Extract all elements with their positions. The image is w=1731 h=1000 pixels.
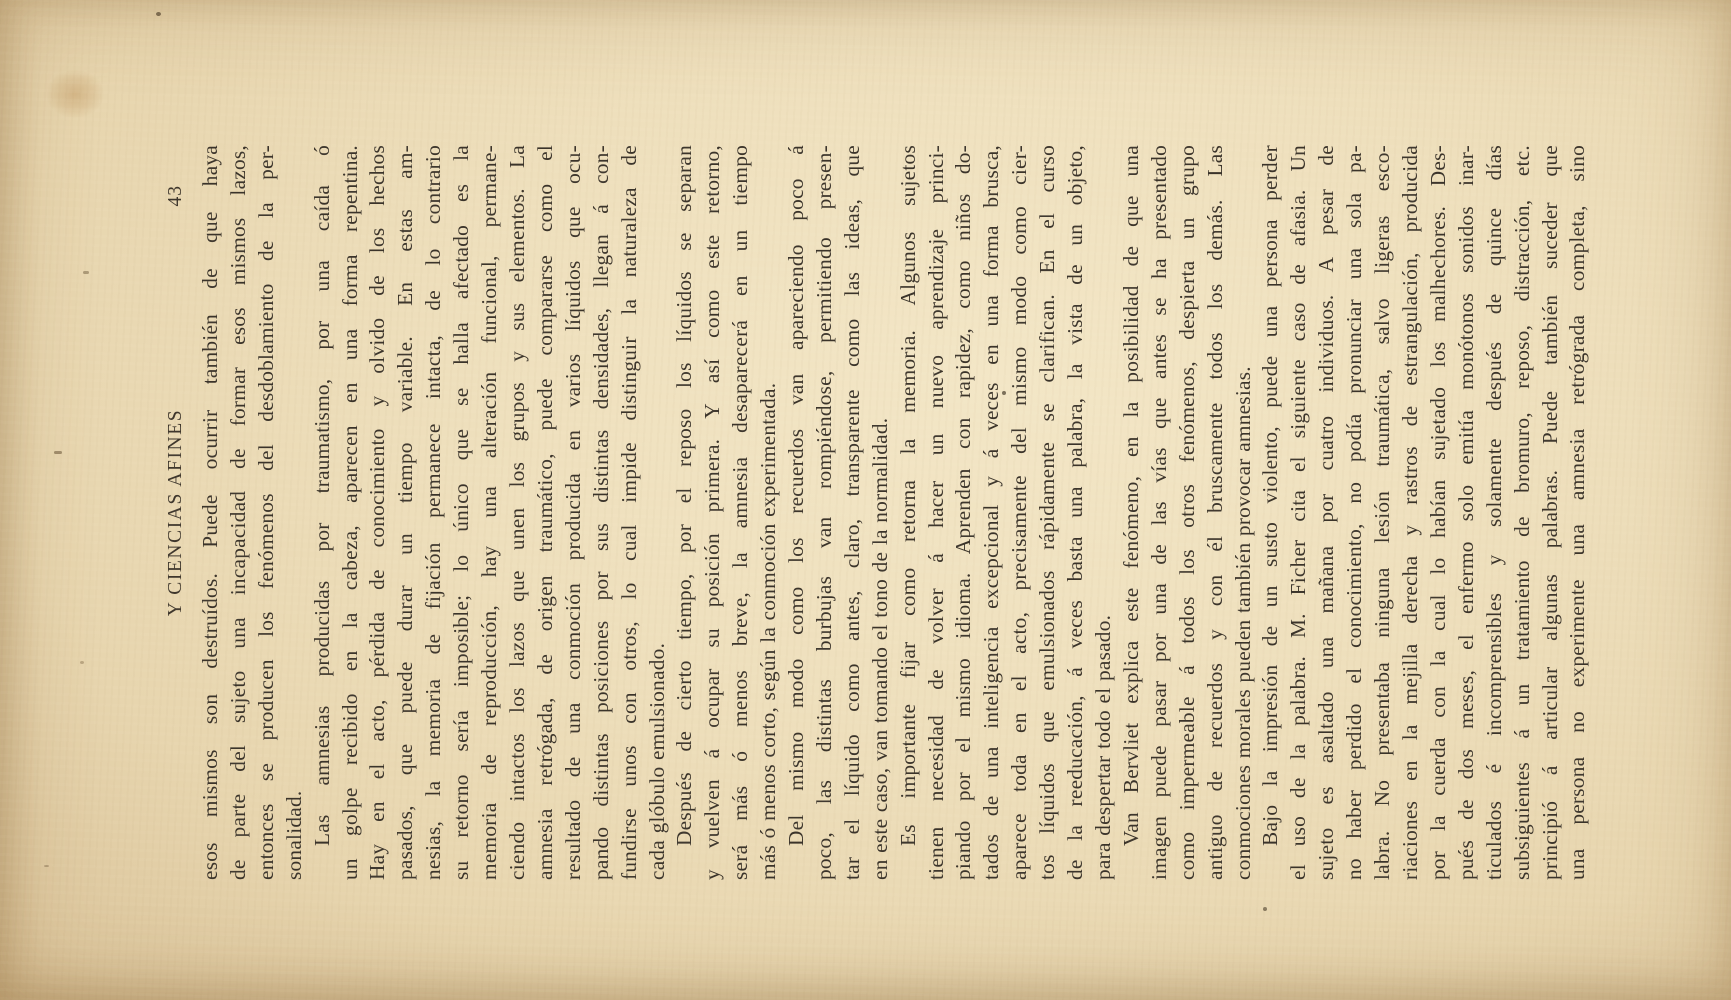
text-line: de la reeducación, á veces basta una pal… <box>1062 145 1090 880</box>
text-line: imagen puede pasar por una de las vías q… <box>1146 145 1174 880</box>
text-line: pasados, que puede durar un tiempo varia… <box>392 145 420 880</box>
text-line: labra. No presentaba ninguna lesión trau… <box>1369 145 1397 880</box>
text-line: subsiguientes á un tratamiento de bromur… <box>1509 145 1537 880</box>
text-line: fundirse unos con otros, lo cual impide … <box>616 145 644 880</box>
text-line: una persona no experimente una amnesia r… <box>1564 145 1592 880</box>
text-line: pando distintas posiciones por sus disti… <box>588 145 616 880</box>
rotated-page-content: Y CIENCIAS AFINES 43 esos mismos son des… <box>0 0 1731 1000</box>
text-line: será más ó menos breve, la amnesia desap… <box>727 145 755 880</box>
running-header: Y CIENCIAS AFINES 43 <box>165 145 191 880</box>
text-line: ciendo intactos los lazos que unen los g… <box>504 145 532 880</box>
text-line: sonalidad. <box>281 145 309 880</box>
text-line: conmociones morales pueden también provo… <box>1230 145 1258 880</box>
text-line: el uso de la palabra. M. Ficher cita el … <box>1285 145 1313 880</box>
text-line: poco, las distintas burbujas van rompién… <box>811 145 839 880</box>
paragraph: Las amnesias producidas por traumatismo,… <box>309 145 672 880</box>
text-line: antiguo de recuerdos y con él bruscament… <box>1202 145 1230 880</box>
text-line: Bajo la impresión de un susto violento, … <box>1257 145 1285 880</box>
text-line: Las amnesias producidas por traumatismo,… <box>309 145 337 880</box>
running-header-title: Y CIENCIAS AFINES <box>165 409 186 616</box>
text-line: sujeto es asaltado una mañana por cuatro… <box>1313 145 1341 880</box>
text-line: resultado de una conmoción producida en … <box>560 145 588 880</box>
text-line: tienen necesidad de volver á hacer un nu… <box>923 145 951 880</box>
paragraph: Después de cierto tiempo, por el reposo … <box>671 145 783 880</box>
text-line: aparece toda en el acto, precisamente de… <box>1006 145 1034 880</box>
text-line: cada glóbulo emulsionado. <box>644 145 672 880</box>
text-line: y vuelven á ocupar su posición primera. … <box>699 145 727 880</box>
text-line: nesias, la memoria de fijación permanece… <box>420 145 448 880</box>
text-line: tar el líquido como antes, claro, transp… <box>839 145 867 880</box>
body-text: esos mismos son destruídos. Puede ocurri… <box>197 145 1592 880</box>
text-line: en este caso, van tomando el tono de la … <box>867 145 895 880</box>
text-line: su retorno sería imposible; lo único que… <box>448 145 476 880</box>
text-line: por la cuerda con la cual lo habían suje… <box>1425 145 1453 880</box>
paragraph: Del mismo modo como los recuerdos van ap… <box>783 145 895 880</box>
paragraph: esos mismos son destruídos. Puede ocurri… <box>197 145 309 880</box>
text-line: Van Bervliet explica este fenómeno, en l… <box>1118 145 1146 880</box>
scanned-book-page: Y CIENCIAS AFINES 43 esos mismos son des… <box>0 0 1731 1000</box>
text-line: Del mismo modo como los recuerdos van ap… <box>783 145 811 880</box>
text-line: piando por el mismo idioma. Aprenden con… <box>950 145 978 880</box>
text-line: memoria de reproducción, hay una alterac… <box>476 145 504 880</box>
text-line: tados de una inteligencia excepcional y … <box>978 145 1006 880</box>
text-line: esos mismos son destruídos. Puede ocurri… <box>197 145 225 880</box>
text-line: no haber perdido el conocimiento, no pod… <box>1341 145 1369 880</box>
text-line: para despertar todo el pasado. <box>1090 145 1118 880</box>
paragraph: Bajo la impresión de un susto violento, … <box>1257 145 1592 880</box>
paragraph: Es importante fijar como retorna la memo… <box>895 145 1118 880</box>
page-number: 43 <box>165 185 187 207</box>
text-line: como impermeable á todos los otros fenóm… <box>1174 145 1202 880</box>
text-line: entonces se producen los fenómenos del d… <box>253 145 281 880</box>
text-line: tos líquidos que emulsionados rápidament… <box>1034 145 1062 880</box>
text-line: un golpe recibido en la cabeza, aparecen… <box>337 145 365 880</box>
text-line: Hay en el acto, pérdida de conocimiento … <box>364 145 392 880</box>
text-line: riaciones en la mejilla derecha y rastro… <box>1397 145 1425 880</box>
text-line: de parte del sujeto una incapacidad de f… <box>225 145 253 880</box>
text-line: amnesia retrógada, de origen traumático,… <box>532 145 560 880</box>
text-line: más ó menos corto, según la conmoción ex… <box>755 145 783 880</box>
text-line: Después de cierto tiempo, por el reposo … <box>671 145 699 880</box>
text-line: ticulados é incomprensibles y solamente … <box>1481 145 1509 880</box>
paragraph: Van Bervliet explica este fenómeno, en l… <box>1118 145 1258 880</box>
text-line: principió á articular algunas palabras. … <box>1537 145 1565 880</box>
text-line: Es importante fijar como retorna la memo… <box>895 145 923 880</box>
text-line: pués de dos meses, el enfermo solo emití… <box>1453 145 1481 880</box>
